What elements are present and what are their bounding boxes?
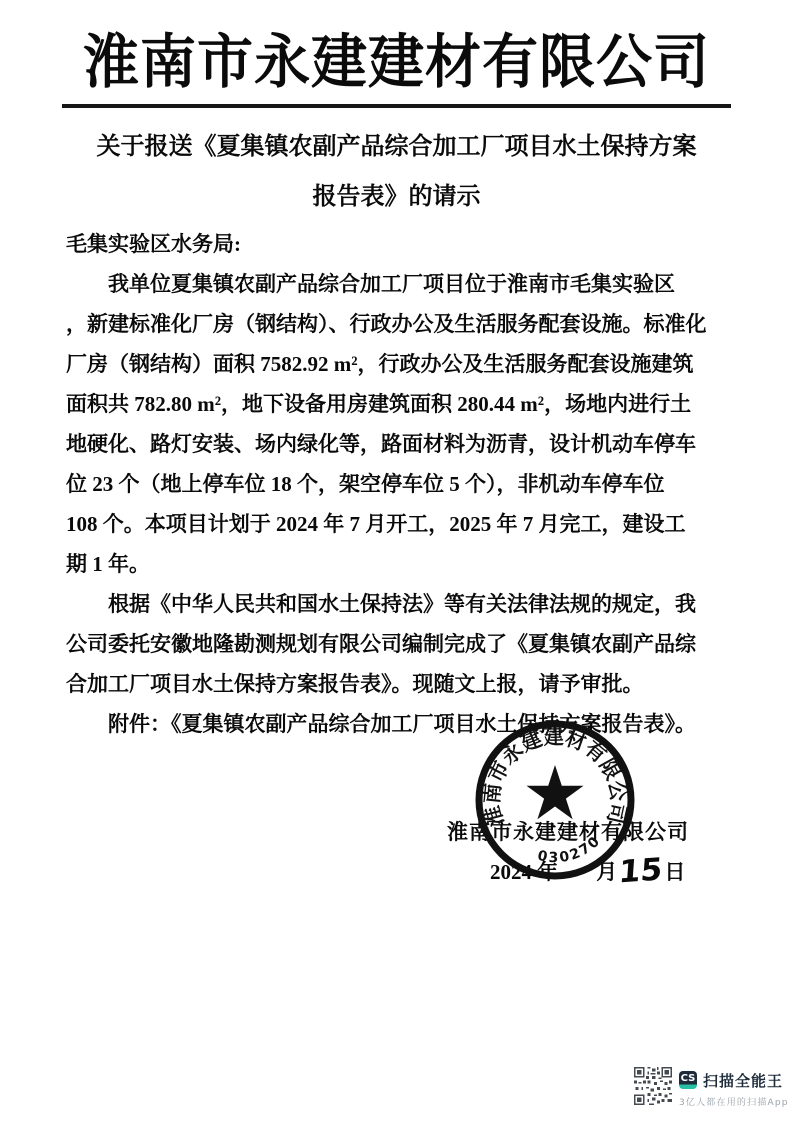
camscanner-tagline: 3亿人都在用的扫描App xyxy=(679,1095,789,1108)
subject-line-2: 报告表》的请示 xyxy=(0,172,793,222)
body-line: 面积共 782.80 m²，地下设备用房建筑面积 280.44 m²，场地内进行… xyxy=(66,384,727,424)
letterhead-title: 淮南市永建建材有限公司 xyxy=(0,0,793,102)
letter-body: 毛集实验区水务局: 我单位夏集镇农副产品综合加工厂项目位于淮南市毛集实验区 ，新… xyxy=(66,224,727,744)
body-line: 厂房（钢结构）面积 7582.92 m²，行政办公及生活服务配套设施建筑 xyxy=(66,344,727,384)
date-day-suffix: 日 xyxy=(664,856,685,886)
company-seal: 淮南市永建建材有限公司 0302706 xyxy=(462,707,648,893)
camscanner-watermark: CS 扫描全能王 3亿人都在用的扫描App xyxy=(634,1066,779,1110)
camscanner-logo: CS xyxy=(679,1071,697,1089)
letterhead-divider xyxy=(62,104,731,108)
qr-code-icon xyxy=(634,1067,672,1105)
salutation: 毛集实验区水务局: xyxy=(66,224,727,264)
body-line: ，新建标准化厂房（钢结构）、行政办公及生活服务配套设施。标准化 xyxy=(66,304,727,344)
subject-title: 关于报送《夏集镇农副产品综合加工厂项目水土保持方案 报告表》的请示 xyxy=(0,122,793,222)
body-line: 合加工厂项目水土保持方案报告表》。现随文上报，请予审批。 xyxy=(66,664,727,704)
body-line: 位 23 个（地上停车位 18 个，架空停车位 5 个），非机动车停车位 xyxy=(66,464,727,504)
camscanner-app-name: 扫描全能王 xyxy=(703,1070,783,1091)
star-icon xyxy=(527,765,584,819)
subject-line-1: 关于报送《夏集镇农副产品综合加工厂项目水土保持方案 xyxy=(0,122,793,172)
paragraph-1: 我单位夏集镇农副产品综合加工厂项目位于淮南市毛集实验区 ，新建标准化厂房（钢结构… xyxy=(66,264,727,584)
body-line: 108 个。本项目计划于 2024 年 7 月开工，2025 年 7 月完工，建… xyxy=(66,504,727,544)
body-line: 公司委托安徽地隆勘测规划有限公司编制完成了《夏集镇农副产品综 xyxy=(66,624,727,664)
body-line: 期 1 年。 xyxy=(66,544,727,584)
body-line: 我单位夏集镇农副产品综合加工厂项目位于淮南市毛集实验区 xyxy=(66,264,727,304)
paragraph-2: 根据《中华人民共和国水土保持法》等有关法律法规的规定，我 公司委托安徽地隆勘测规… xyxy=(66,584,727,704)
body-line: 地硬化、路灯安装、场内绿化等，路面材料为沥青，设计机动车停车 xyxy=(66,424,727,464)
body-line: 根据《中华人民共和国水土保持法》等有关法律法规的规定，我 xyxy=(66,584,727,624)
scanned-document-page: 淮南市永建建材有限公司 关于报送《夏集镇农副产品综合加工厂项目水土保持方案 报告… xyxy=(0,0,793,1122)
